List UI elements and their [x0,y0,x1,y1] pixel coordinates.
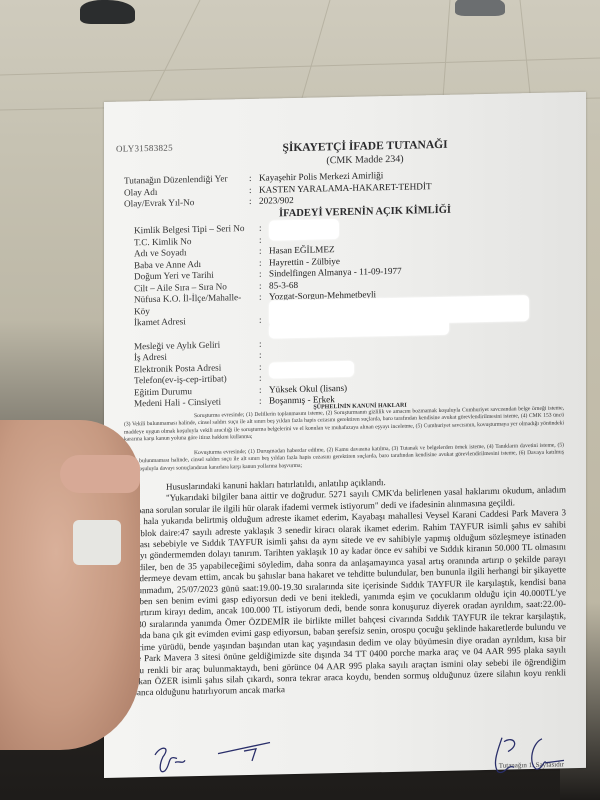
signature-middle [214,738,274,769]
redaction-mark [269,219,339,240]
shoe-left [80,0,135,24]
complaint-statement-document: OLY31583825 ŞİKAYETÇİ İFADE TUTANAĞI (CM… [104,92,586,778]
signature-right [484,732,574,778]
identity-fields: Kimlik Belgesi Tipi – Seri No: T.C. Kiml… [134,220,402,410]
redaction-mark [269,361,354,379]
thumb [60,455,140,493]
shoe-right [455,0,505,16]
statement-text: Hususlarındaki kanuni hakları hatırlatıl… [126,473,566,699]
rights-prosecution-paragraph: Kovuşturma evresinde; (1) Duruşmadan hab… [124,442,564,473]
bandage [73,520,121,565]
header-fields: Tutanağın Düzenlendiği Yer:Kayaşehir Pol… [124,169,432,210]
redaction-mark [269,318,449,338]
statement-body: Ben hala yukarıda belirtmiş olduğum adre… [126,508,566,700]
signature-left [149,740,199,781]
